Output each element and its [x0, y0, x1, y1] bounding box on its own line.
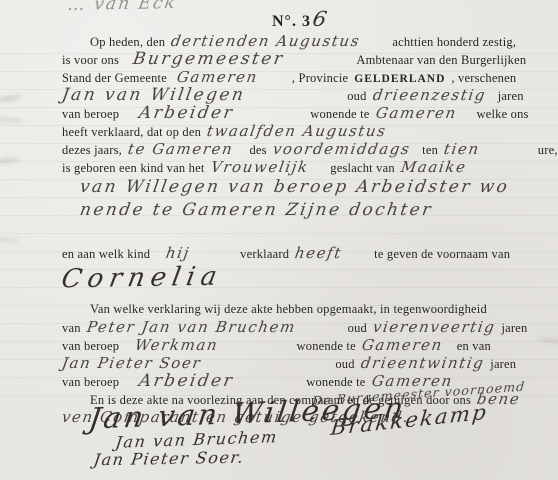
- printed-text: des: [249, 141, 266, 159]
- printed-text: ure,: [538, 141, 558, 159]
- act-text-line: Jan van Willegenouddrieenzestigjaren: [62, 86, 494, 104]
- printed-text: heeft verklaard, dat op den: [62, 123, 201, 141]
- printed-text: oud: [347, 87, 366, 105]
- printed-text: te geven de voornaam van: [374, 245, 510, 263]
- act-text-line: heeft verklaard, dat op dentwaalfden Aug…: [62, 122, 494, 140]
- printed-text: wonende te: [297, 337, 356, 355]
- act-text-line: dezes jaars,te Gamerendesvoordemiddagste…: [62, 140, 494, 158]
- act-text-line: Op heden, dendertienden Augustusachttien…: [62, 32, 494, 50]
- act-text-line: van beroepWerkmanwonende teGamerenen van: [62, 336, 494, 354]
- printed-text: is geboren een kind van het: [62, 159, 205, 177]
- printed-text: en van: [457, 337, 491, 355]
- printed-text: jaren: [498, 87, 524, 105]
- printed-text: jaren: [490, 355, 516, 373]
- printed-text: achttien honderd zestig,: [392, 33, 516, 51]
- act-text-line: Jan Pieter Soerouddrieentwintigjaren: [62, 354, 494, 372]
- handwritten-text: Jan Pieter Soer: [61, 354, 203, 372]
- printed-text: dezes jaars,: [62, 141, 122, 159]
- printed-text: van: [62, 319, 81, 337]
- handwritten-text: Gameren: [374, 104, 458, 122]
- handwritten-text: vierenveertig: [372, 318, 497, 336]
- act-text-line: en aan welk kindhijverklaardheeftte geve…: [62, 244, 494, 262]
- handwritten-text: Vrouwelijk: [209, 158, 310, 176]
- handwritten-text: van Willegen van beroep Arbeidster wo: [78, 176, 511, 199]
- handwritten-text: drieentwintig: [359, 354, 485, 372]
- handwritten-text: Maaike: [399, 158, 467, 176]
- handwritten-text: Arbeider: [138, 372, 236, 390]
- handwritten-text: Gameren: [176, 68, 260, 86]
- act-number: N°. 36: [272, 7, 326, 31]
- handwritten-text: nende te Gameren Zijne dochter: [78, 199, 434, 222]
- act-text-line: Stand der GemeenteGameren, ProvincieGELD…: [62, 68, 494, 86]
- printed-text: , Provincie: [292, 69, 348, 87]
- act-text-line: is voor onsBurgemeesterAmbtenaar van den…: [62, 50, 494, 68]
- handwritten-text: twaalfden Augustus: [206, 122, 389, 140]
- handwritten-text: Werkman: [134, 336, 220, 354]
- printed-text: verklaard: [240, 245, 289, 263]
- printed-text: oud: [335, 355, 354, 373]
- printed-text: Ambtenaar van den Burgerlijken: [356, 51, 526, 69]
- act-text-line: vanPeter Jan van Bruchemoudvierenveertig…: [62, 318, 494, 336]
- act-text-line: van beroepArbeiderwonende teGamerenwelke…: [62, 104, 494, 122]
- handwritten-text: Gameren: [360, 336, 444, 354]
- printed-text: van beroep: [62, 105, 119, 123]
- act-body-text: Op heden, dendertienden Augustusachttien…: [0, 32, 558, 426]
- handwritten-text: te Gameren: [127, 140, 235, 158]
- act-text-line: Cornelia: [62, 262, 494, 294]
- handwritten-text: Arbeider: [138, 104, 236, 122]
- handwritten-text: drieenzestig: [371, 86, 487, 104]
- printed-text: geslacht van: [330, 159, 395, 177]
- handwritten-text: Jan van Willegen: [61, 86, 247, 104]
- act-number-printed: N°. 3: [272, 13, 311, 30]
- act-text-line: van Willegen van beroep Arbeidster wo: [62, 176, 494, 199]
- printed-text: ten: [422, 141, 438, 159]
- printed-text: van beroep: [62, 337, 119, 355]
- printed-text: is voor ons: [62, 51, 119, 69]
- printed-text: en aan welk kind: [62, 245, 150, 263]
- printed-text: van beroep: [62, 373, 119, 391]
- handwritten-text: voordemiddags: [271, 140, 411, 158]
- handwritten-text: dertienden Augustus: [170, 32, 362, 50]
- handwritten-text: Burgemeester: [132, 50, 286, 68]
- printed-text: Van welke verklaring wij deze akte hebbe…: [90, 300, 487, 318]
- printed-text: , verschenen: [451, 69, 516, 87]
- handwritten-text: Peter Jan van Bruchem: [85, 318, 297, 336]
- act-text-line: Van welke verklaring wij deze akte hebbe…: [62, 300, 494, 318]
- birth-certificate-page: … van Eck N°. 36 Op heden, dendertienden…: [0, 0, 558, 480]
- handwritten-text: Cornelia: [59, 261, 225, 296]
- act-number-handwritten: 6: [311, 7, 329, 32]
- act-text-line: nende te Gameren Zijne dochter: [62, 199, 494, 222]
- top-marginalia-handwriting: … van Eck: [66, 0, 178, 15]
- handwritten-text: hij: [165, 244, 192, 262]
- printed-text: wonende te: [310, 105, 369, 123]
- handwritten-text: tien: [443, 140, 482, 158]
- signature-witness-2: Jan Pieter Soer.: [92, 448, 245, 470]
- handwritten-text: heeft: [294, 244, 344, 262]
- printed-text: wonende te: [306, 373, 365, 391]
- printed-text: welke ons: [476, 105, 528, 123]
- printed-text: jaren: [502, 319, 528, 337]
- act-text-line: is geboren een kind van hetVrouwelijkges…: [62, 158, 494, 176]
- printed-text: oud: [348, 319, 367, 337]
